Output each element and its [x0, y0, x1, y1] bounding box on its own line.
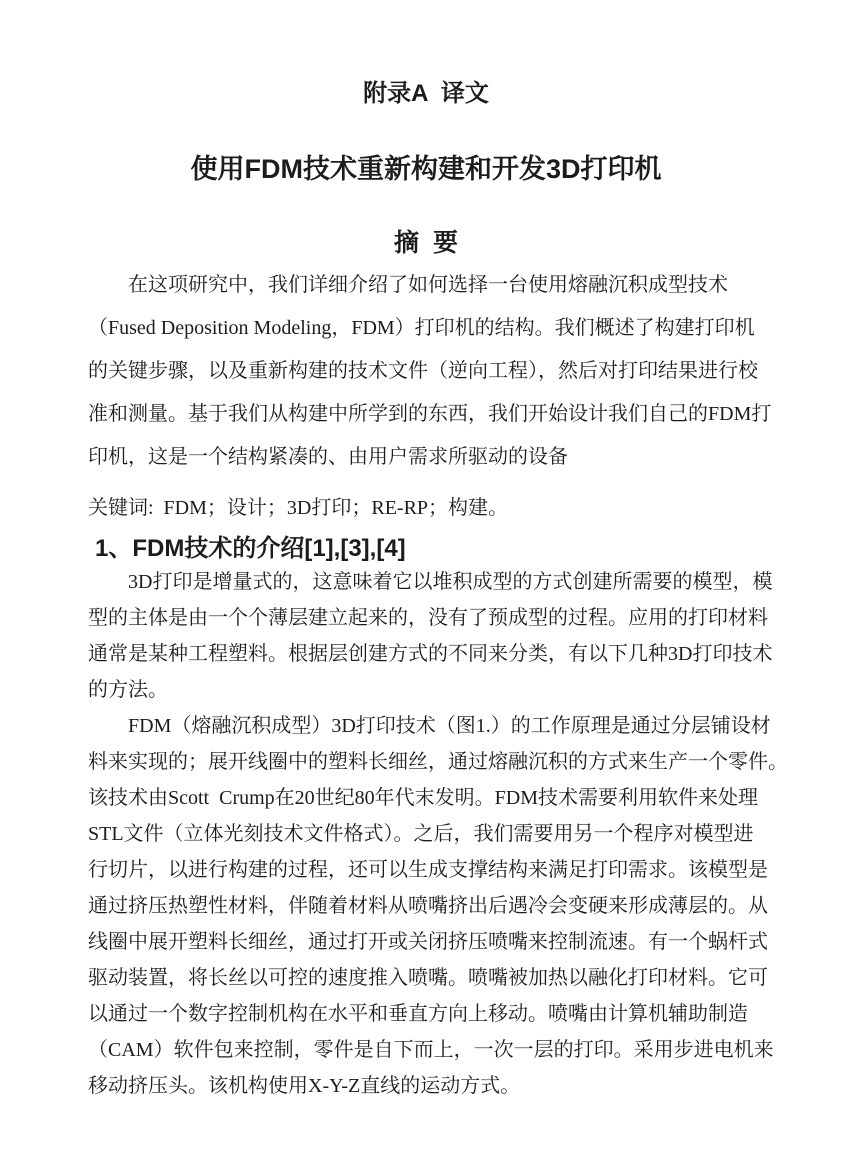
abstract-line-2: （Fused Deposition Modeling，FDM）打印机的结构。我们… — [88, 307, 764, 350]
document-title: 使用FDM技术重新构建和开发3D打印机 — [88, 152, 764, 186]
paragraph-1-line-3: 通常是某种工程塑料。根据层创建方式的不同来分类，有以下几种3D打印技术 — [88, 636, 764, 672]
paragraph-1-line-2: 型的主体是由一个个薄层建立起来的，没有了预成型的过程。应用的打印材料 — [88, 600, 764, 636]
section-1-heading: 1、FDM技术的介绍[1],[3],[4] — [88, 534, 764, 564]
paragraph-2-line-2: 料来实现的；展开线圈中的塑料长细丝，通过熔融沉积的方式来生产一个零件。 — [88, 744, 764, 780]
abstract-line-5: 印机，这是一个结构紧凑的、由用户需求所驱动的设备 — [88, 436, 764, 479]
section-1-paragraph-2: FDM（熔融沉积成型）3D打印技术（图1.）的工作原理是通过分层铺设材 料来实现… — [88, 708, 764, 1104]
section-1-paragraph-1: 3D打印是增量式的，这意味着它以堆积成型的方式创建所需要的模型，模 型的主体是由… — [88, 564, 764, 708]
abstract-heading: 摘 要 — [88, 228, 764, 258]
paragraph-2-line-9: 以通过一个数字控制机构在水平和垂直方向上移动。喷嘴由计算机辅助制造 — [88, 996, 764, 1032]
paragraph-2-line-4: STL文件（立体光刻技术文件格式）。之后，我们需要用另一个程序对模型进 — [88, 816, 764, 852]
abstract-paragraph: 在这项研究中，我们详细介绍了如何选择一台使用熔融沉积成型技术 （Fused De… — [88, 264, 764, 479]
paragraph-2-line-5: 行切片，以进行构建的过程，还可以生成支撑结构来满足打印需求。该模型是 — [88, 852, 764, 888]
abstract-line-1: 在这项研究中，我们详细介绍了如何选择一台使用熔融沉积成型技术 — [88, 264, 764, 307]
paragraph-1-line-4: 的方法。 — [88, 672, 764, 708]
abstract-line-4: 准和测量。基于我们从构建中所学到的东西，我们开始设计我们自己的FDM打 — [88, 393, 764, 436]
appendix-heading: 附录A 译文 — [88, 80, 764, 108]
keywords-line: 关键词: FDM；设计；3D打印；RE-RP；构建。 — [88, 487, 764, 530]
paragraph-2-line-1: FDM（熔融沉积成型）3D打印技术（图1.）的工作原理是通过分层铺设材 — [88, 708, 764, 744]
paragraph-2-line-10: （CAM）软件包来控制，零件是自下而上，一次一层的打印。采用步进电机来 — [88, 1032, 764, 1068]
paragraph-2-line-11: 移动挤压头。该机构使用X-Y-Z直线的运动方式。 — [88, 1068, 764, 1104]
abstract-line-3: 的关键步骤，以及重新构建的技术文件（逆向工程），然后对打印结果进行校 — [88, 350, 764, 393]
document-content: 附录A 译文 使用FDM技术重新构建和开发3D打印机 摘 要 在这项研究中，我们… — [0, 80, 847, 1104]
paragraph-1-line-1: 3D打印是增量式的，这意味着它以堆积成型的方式创建所需要的模型，模 — [88, 564, 764, 600]
paragraph-2-line-8: 驱动装置，将长丝以可控的速度推入喷嘴。喷嘴被加热以融化打印材料。它可 — [88, 960, 764, 996]
paragraph-2-line-6: 通过挤压热塑性材料，伴随着材料从喷嘴挤出后遇冷会变硬来形成薄层的。从 — [88, 888, 764, 924]
document-page: 附录A 译文 使用FDM技术重新构建和开发3D打印机 摘 要 在这项研究中，我们… — [0, 0, 847, 1155]
paragraph-2-line-7: 线圈中展开塑料长细丝，通过打开或关闭挤压喷嘴来控制流速。有一个蜗杆式 — [88, 924, 764, 960]
paragraph-2-line-3: 该技术由Scott Crump在20世纪80年代末发明。FDM技术需要利用软件来… — [88, 780, 764, 816]
